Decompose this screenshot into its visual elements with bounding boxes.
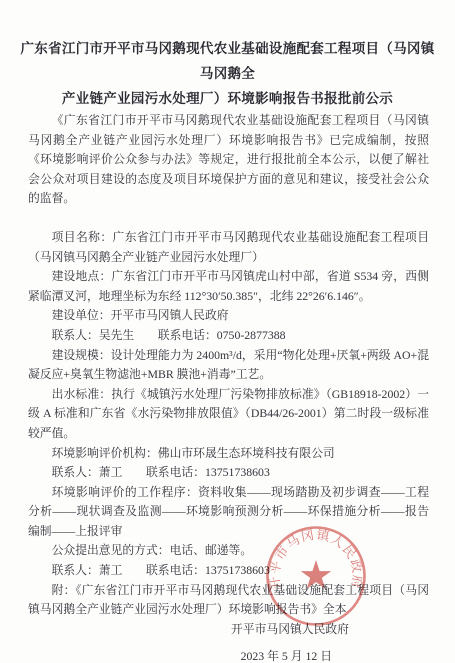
paragraph: 《广东省江门市开平市马冈鹅现代农业基础设施配套工程项目（马冈镇马冈鹅全产业链产业…: [28, 111, 429, 209]
paragraph: 公众提出意见的方式：电话、邮递等。: [28, 541, 429, 561]
paragraph: 附：《广东省江门市开平市马冈鹅现代农业基础设施配套工程项目（马冈镇马冈鹅全产业链…: [28, 581, 429, 620]
document-title: 广东省江门市开平市马冈鹅现代农业基础设施配套工程项目（马冈镇马冈鹅全 产业链产业…: [18, 36, 438, 111]
date-line: 2023 年 5 月 12 日: [28, 647, 429, 663]
paragraph: 项目名称：广东省江门市开平市马冈鹅现代农业基础设施配套工程项目（马冈镇马冈鹅全产…: [28, 228, 429, 267]
paragraph: 环境影响评价的工作程序：资料收集——现场踏勘及初步调查——工程分析——现状调查及…: [28, 483, 429, 542]
paragraph: 环境影响评价机构：佛山市环晟生态环境科技有限公司: [28, 444, 429, 464]
paragraph: 联系人：萧工 联系电话：13751738603: [28, 561, 429, 581]
paragraph: 建设规模：设计处理能力为 2400m³/d，采用“物化处理+厌氧+两级 AO+混…: [28, 346, 429, 385]
signature-line: 开平市马冈镇人民政府: [28, 620, 429, 640]
document-title-line1: 广东省江门市开平市马冈鹅现代农业基础设施配套工程项目（马冈镇马冈鹅全: [18, 36, 438, 86]
paragraph: 联系人：吴先生 联系电话：0750-2877388: [28, 326, 429, 346]
paragraph: 建设单位：开平市马冈镇人民政府: [28, 306, 429, 326]
document-body: 《广东省江门市开平市马冈鹅现代农业基础设施配套工程项目（马冈镇马冈鹅全产业链产业…: [28, 111, 429, 663]
document-page: 广东省江门市开平市马冈鹅现代农业基础设施配套工程项目（马冈镇马冈鹅全 产业链产业…: [0, 0, 455, 663]
paragraph: 出水标准：执行《城镇污水处理厂污染物排放标准》（GB18918-2002）一级 …: [28, 385, 429, 444]
paragraph: 联系人：萧工 联系电话：13751738603: [28, 463, 429, 483]
document-title-line2: 产业链产业园污水处理厂）环境影响报告书报批前公示: [18, 86, 438, 111]
paragraph-list: 《广东省江门市开平市马冈鹅现代农业基础设施配套工程项目（马冈镇马冈鹅全产业链产业…: [28, 111, 429, 620]
paragraph: 建设地点：广东省江门市开平市马冈镇虎山村中部，省道 S534 旁，西侧紧临潭叉河…: [28, 267, 429, 306]
